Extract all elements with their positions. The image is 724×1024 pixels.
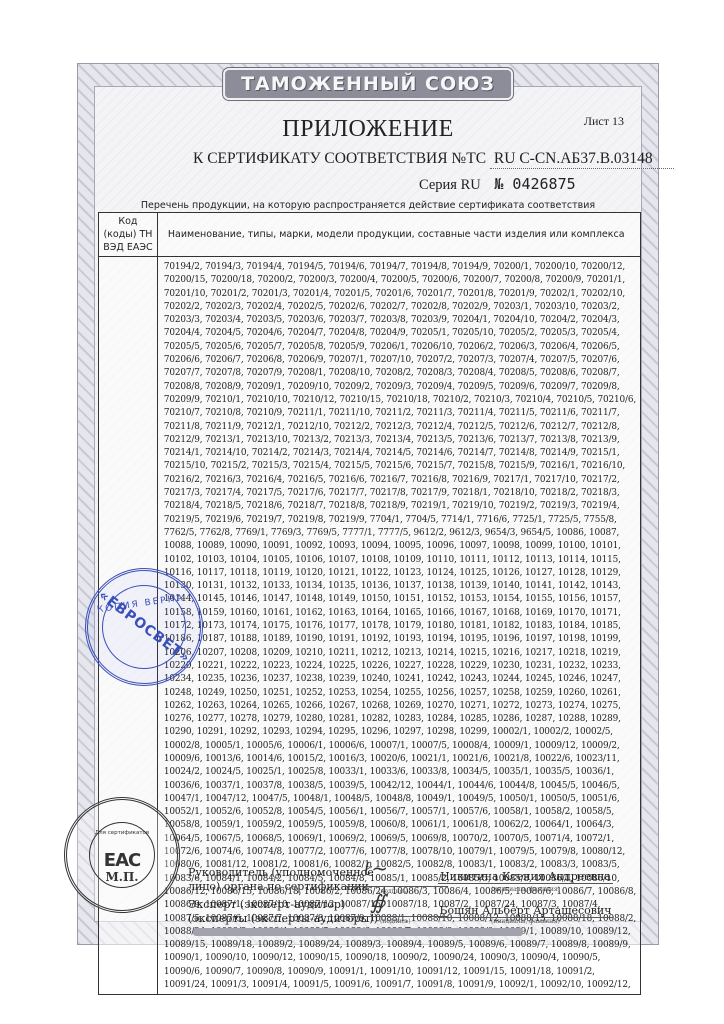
head-label: Руководитель (уполномоченное лицо) орган… (188, 866, 374, 894)
model-list-line: 10172, 10173, 10174, 10175, 10176, 10177… (164, 620, 636, 633)
expert-label: Эксперт (эксперт-аудитор) (эксперты (экс… (188, 898, 378, 926)
certification-stamp-for: Для сертификатов (67, 830, 177, 836)
model-list-line: 10088, 10089, 10090, 10091, 10092, 10093… (164, 540, 636, 553)
model-list-line: 10047/1, 10047/12, 10047/5, 10048/1, 100… (164, 793, 636, 806)
model-list-line: 10220, 10221, 10222, 10223, 10224, 10225… (164, 660, 636, 673)
model-list-line: 70207/7, 70207/8, 70207/9, 70208/1, 7020… (164, 367, 636, 380)
model-list-line: 10072/6, 10074/6, 10074/8, 10077/2, 1007… (164, 846, 636, 859)
model-list-line: 10234, 10235, 10236, 10237, 10238, 10239… (164, 673, 636, 686)
head-label-line1: Руководитель (уполномоченное (188, 866, 374, 880)
model-list-line: 10262, 10263, 10264, 10265, 10266, 10267… (164, 700, 636, 713)
series-number: № 0426875 (494, 175, 575, 193)
model-list-line: 10130, 10131, 10132, 10133, 10134, 10135… (164, 580, 636, 593)
head-label-line2: лицо) органа по сертификации (188, 880, 374, 894)
model-list-line: 70219/5, 70219/6, 70219/7, 70219/8, 7021… (164, 514, 636, 527)
expert-label-line1: Эксперт (эксперт-аудитор) (188, 898, 378, 912)
model-list-line: 10102, 10103, 10104, 10105, 10106, 10107… (164, 554, 636, 567)
model-list-line: 70194/2, 70194/3, 70194/4, 70194/5, 7019… (164, 261, 636, 274)
header-product-name: Наименование, типы, марки, модели продук… (157, 213, 640, 257)
model-list-line: 10091/24, 10091/3, 10091/4, 10091/5, 100… (164, 979, 636, 992)
model-list-line: 10036/6, 10037/1, 10037/8, 10038/5, 1003… (164, 780, 636, 793)
model-list-line: 10090/6, 10090/7, 10090/8, 10090/9, 1009… (164, 966, 636, 979)
expert-signature-hint: (подпись) (380, 918, 411, 925)
model-list-line: 10290, 10291, 10292, 10293, 10294, 10295… (164, 726, 636, 739)
model-list-line: 70205/5, 70205/6, 70205/7, 70205/8, 7020… (164, 341, 636, 354)
model-list-line: 10089/15, 10089/18, 10089/2, 10089/24, 1… (164, 939, 636, 952)
model-list-line: 70203/3, 70203/4, 70203/5, 70203/6, 7020… (164, 314, 636, 327)
certificate-number: RU C-CN.АБ37.В.03148 (490, 150, 674, 169)
head-signature-scribble: ℓ~ (363, 856, 388, 881)
model-list-line: 70216/2, 70216/3, 70216/4, 70216/5, 7021… (164, 474, 636, 487)
model-list-line: 70214/1, 70214/10, 70214/2, 70214/3, 702… (164, 447, 636, 460)
expert-name-hint: (инициалы, фамилия) (438, 918, 613, 925)
header-tnved-code: Код (коды) ТН ВЭД ЕАЭС (99, 213, 158, 257)
head-name-hint: (инициалы, фамилия) (438, 886, 613, 893)
model-list-line: 10144, 10145, 10146, 10147, 10148, 10149… (164, 593, 636, 606)
model-list-line: 10052/1, 10052/6, 10052/8, 10054/5, 1005… (164, 806, 636, 819)
expert-signature-scribble: ∯ (370, 890, 386, 914)
model-list-line: 10064/5, 10067/5, 10068/5, 10069/1, 1006… (164, 833, 636, 846)
model-list-line: 10024/2, 10024/5, 10025/1, 10025/8, 1003… (164, 766, 636, 779)
model-list-line: 10009/6, 10013/6, 10014/6, 10015/2, 1001… (164, 753, 636, 766)
certificate-sheet: ТАМОЖЕННЫЙ СОЮЗ Лист 13 ПРИЛОЖЕНИЕ К СЕР… (77, 63, 659, 945)
customs-union-banner: ТАМОЖЕННЫЙ СОЮЗ (223, 68, 513, 100)
document-title: ПРИЛОЖЕНИЕ (78, 116, 658, 143)
certificate-prefix: К СЕРТИФИКАТУ СООТВЕТСТВИЯ №ТС (193, 150, 486, 167)
form-printer-footer (193, 928, 523, 936)
model-list-line: 70212/9, 70213/1, 70213/10, 70213/2, 702… (164, 434, 636, 447)
model-list-line: 10186, 10187, 10188, 10189, 10190, 10191… (164, 633, 636, 646)
model-list-line: 10206, 10207, 10208, 10209, 10210, 10211… (164, 647, 636, 660)
head-signature-line (343, 886, 448, 887)
model-list-line: 70209/9, 70210/1, 70210/10, 70210/12, 70… (164, 394, 636, 407)
model-list-line: 7762/5, 7762/8, 7769/1, 7769/3, 7769/5, … (164, 527, 636, 540)
model-list-line: 10276, 10277, 10278, 10279, 10280, 10281… (164, 713, 636, 726)
table-header-row: Код (коды) ТН ВЭД ЕАЭС Наименование, тип… (99, 213, 641, 257)
model-list-line: 10116, 10117, 10118, 10119, 10120, 10121… (164, 567, 636, 580)
model-list-line: 70217/3, 70217/4, 70217/5, 70217/6, 7021… (164, 487, 636, 500)
model-list-line: 70202/2, 70202/3, 70202/4, 70202/5, 7020… (164, 301, 636, 314)
model-list-line: 10248, 10249, 10250, 10251, 10252, 10253… (164, 687, 636, 700)
model-list-line: 70208/8, 70208/9, 70209/1, 70209/10, 702… (164, 381, 636, 394)
model-list-line: 10058/8, 10059/1, 10059/2, 10059/5, 1005… (164, 819, 636, 832)
model-list-line: 70218/4, 70218/5, 70218/6, 70218/7, 7021… (164, 500, 636, 513)
certification-stamp-mp: М.П. (67, 870, 177, 884)
model-list-line: 10158, 10159, 10160, 10161, 10162, 10163… (164, 607, 636, 620)
product-list-caption: Перечень продукции, на которую распростр… (78, 200, 658, 211)
model-list-line: 10090/1, 10090/10, 10090/12, 10090/15, 1… (164, 952, 636, 965)
certificate-number-line: К СЕРТИФИКАТУ СООТВЕТСТВИЯ №ТС RU C-CN.А… (193, 150, 674, 169)
series-line: Серия RU № 0426875 (419, 175, 576, 194)
certification-body-stamp: Для сертификатов ЕАС М.П. (64, 797, 180, 913)
model-list-line: 70206/6, 70206/7, 70206/8, 70206/9, 7020… (164, 354, 636, 367)
series-label: Серия RU (419, 177, 481, 193)
model-list-line: 70204/4, 70204/5, 70204/6, 70204/7, 7020… (164, 327, 636, 340)
model-list-line: 70201/10, 70201/2, 70201/3, 70201/4, 702… (164, 288, 636, 301)
model-list-line: 70200/15, 70200/18, 70200/2, 70200/3, 70… (164, 274, 636, 287)
head-name: Никитина Ксения Андреевна (438, 870, 613, 884)
expert-label-line2: (эксперты (эксперты-аудиторы)) (188, 912, 378, 926)
expert-name: Бошян Альберт Арташесович (438, 904, 613, 918)
model-list-line: 70210/7, 70210/8, 70210/9, 70211/1, 7021… (164, 407, 636, 420)
model-list-line: 70211/8, 70211/9, 70212/1, 70212/10, 702… (164, 421, 636, 434)
model-list-line: 70215/10, 70215/2, 70215/3, 70215/4, 702… (164, 460, 636, 473)
model-list-line: 10002/8, 10005/1, 10005/6, 10006/1, 1000… (164, 740, 636, 753)
expert-signature-line (343, 916, 448, 917)
